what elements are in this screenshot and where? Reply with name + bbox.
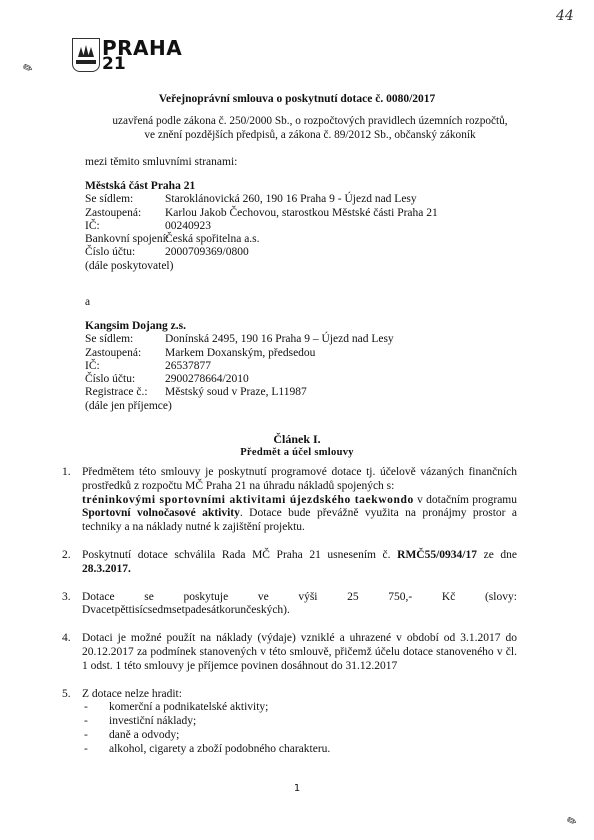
conjunction: a bbox=[85, 296, 90, 310]
field-label: Zastoupená: bbox=[85, 347, 141, 361]
clause-number: 5. bbox=[62, 688, 71, 702]
page-number: 1 bbox=[0, 783, 594, 795]
field-value: 2900278664/2010 bbox=[165, 373, 249, 387]
word: Dotace bbox=[82, 591, 115, 605]
amount-line: Dotace se poskytuje ve výši 25 750,- Kč … bbox=[82, 591, 517, 605]
field-value: Markem Doxanským, předsedou bbox=[165, 347, 315, 361]
field-label: Bankovní spojení: bbox=[85, 233, 169, 247]
parties-intro: mezi těmito smluvními stranami: bbox=[85, 156, 237, 170]
word: výši bbox=[298, 591, 317, 605]
recipient-block: Kangsim Dojang z.s. Se sídlem:Donínská 2… bbox=[85, 320, 186, 413]
list-item: alkohol, cigarety a zboží podobného char… bbox=[82, 743, 517, 757]
article-clauses: 1. Předmětem této smlouvy je poskytnutí … bbox=[62, 466, 517, 757]
currency: Kč bbox=[442, 591, 455, 605]
clause-3: 3. Dotace se poskytuje ve výši 25 750,- … bbox=[62, 591, 517, 619]
word: se bbox=[144, 591, 154, 605]
clause-number: 3. bbox=[62, 591, 71, 605]
resolution-date: 28.3.2017. bbox=[82, 563, 131, 575]
clause-text: v dotačním programu bbox=[414, 494, 517, 506]
list-item: investiční náklady; bbox=[82, 715, 517, 729]
recipient-alias: (dále jen příjemce) bbox=[85, 400, 172, 414]
clause-bold-activity: tréninkovými sportovními aktivitami újez… bbox=[82, 494, 414, 506]
amount-in-words: Dvacetpěttisícsedmsetpadesátkorunčeských… bbox=[82, 604, 517, 618]
legal-basis: uzavřená podle zákona č. 250/2000 Sb., o… bbox=[80, 115, 540, 142]
initials-mark-bottom: ✎ bbox=[563, 813, 580, 832]
clause-2: 2. Poskytnutí dotace schválila Rada MČ P… bbox=[62, 549, 517, 577]
legal-basis-line-2: ve znění pozdějších předpisů, a zákona č… bbox=[80, 129, 540, 143]
provider-block: Městská část Praha 21 Se sídlem:Staroklá… bbox=[85, 180, 195, 273]
clause-number: 2. bbox=[62, 549, 71, 563]
clause-text: Dotaci je možné použít na náklady (výdaj… bbox=[82, 632, 517, 672]
article-number: Článek I. bbox=[0, 432, 594, 446]
field-value: Česká spořitelna a.s. bbox=[165, 233, 260, 247]
document-title: Veřejnoprávní smlouva o poskytnutí dotac… bbox=[0, 93, 594, 107]
field-value: Staroklánovická 260, 190 16 Praha 9 - Új… bbox=[165, 193, 417, 207]
word: ve bbox=[258, 591, 269, 605]
field-value: 26537877 bbox=[165, 360, 211, 374]
field-label: Se sídlem: bbox=[85, 333, 133, 347]
clause-text: Poskytnutí dotace schválila Rada MČ Prah… bbox=[82, 549, 397, 561]
logo-number: 21 bbox=[102, 54, 126, 74]
clause-1: 1. Předmětem této smlouvy je poskytnutí … bbox=[62, 466, 517, 535]
clause-5: 5. Z dotace nelze hradit: komerční a pod… bbox=[62, 688, 517, 757]
legal-basis-line-1: uzavřená podle zákona č. 250/2000 Sb., o… bbox=[80, 115, 540, 129]
field-value: Karlou Jakob Čechovou, starostkou Městsk… bbox=[165, 207, 438, 221]
list-item: komerční a podnikatelské aktivity; bbox=[82, 701, 517, 715]
clause-text: Předmětem této smlouvy je poskytnutí pro… bbox=[82, 466, 517, 492]
clause-bold-program: Sportovní volnočasové aktivity bbox=[82, 507, 240, 519]
field-label: IČ: bbox=[85, 360, 100, 374]
field-label: Registrace č.: bbox=[85, 386, 148, 400]
initials-mark-left: ✎ bbox=[19, 60, 36, 79]
handwritten-page-mark: 44 bbox=[556, 8, 574, 25]
field-label: IČ: bbox=[85, 220, 100, 234]
field-label: Číslo účtu: bbox=[85, 373, 135, 387]
resolution-number: RMČ55/0934/17 bbox=[397, 549, 477, 561]
clause-4: 4. Dotaci je možné použít na náklady (vý… bbox=[62, 632, 517, 673]
clause-number: 4. bbox=[62, 632, 71, 646]
field-label: Se sídlem: bbox=[85, 193, 133, 207]
field-value: Donínská 2495, 190 16 Praha 9 – Újezd na… bbox=[165, 333, 394, 347]
field-value: 2000709369/0800 bbox=[165, 246, 249, 260]
clause-text: ze dne bbox=[477, 549, 517, 561]
amount-value: 750,- bbox=[388, 591, 412, 605]
word: (slovy: bbox=[485, 591, 517, 605]
field-value: Městský soud v Praze, L11987 bbox=[165, 386, 307, 400]
field-label: Číslo účtu: bbox=[85, 246, 135, 260]
excluded-costs-list: komerční a podnikatelské aktivity; inves… bbox=[82, 701, 517, 756]
clause-text: Z dotace nelze hradit: bbox=[82, 688, 182, 700]
provider-alias: (dále poskytovatel) bbox=[85, 260, 173, 274]
field-label: Zastoupená: bbox=[85, 207, 141, 221]
coat-of-arms-icon bbox=[72, 38, 100, 72]
article-heading: Předmět a účel smlouvy bbox=[0, 447, 594, 460]
praha-21-logo: PRAHA 21 bbox=[72, 36, 182, 74]
word: poskytuje bbox=[183, 591, 228, 605]
recipient-name: Kangsim Dojang z.s. bbox=[85, 320, 186, 332]
provider-name: Městská část Praha 21 bbox=[85, 180, 195, 192]
field-value: 00240923 bbox=[165, 220, 211, 234]
amount-value: 25 bbox=[347, 591, 359, 605]
list-item: daně a odvody; bbox=[82, 729, 517, 743]
clause-number: 1. bbox=[62, 466, 71, 480]
